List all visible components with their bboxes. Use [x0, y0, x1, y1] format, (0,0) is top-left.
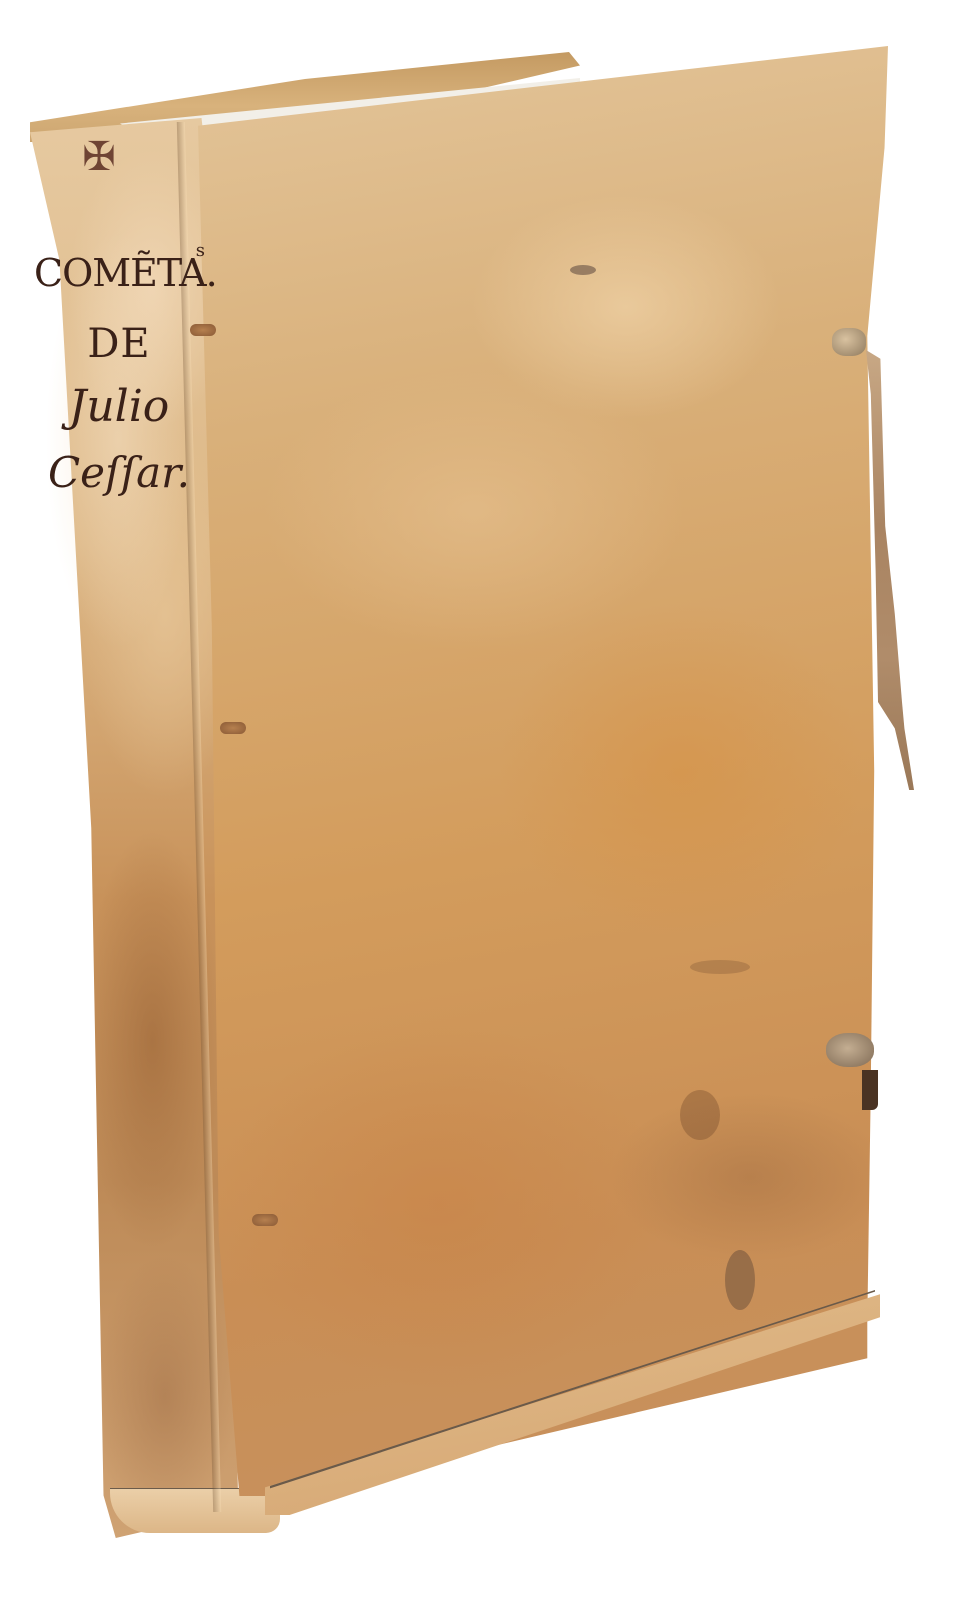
spine-title-line-1: COMẼTA. s [34, 250, 204, 296]
cover-stain [690, 960, 750, 974]
spine-cross-ornament: ✠ [74, 132, 124, 182]
spine-title-line-3: Julio [34, 374, 204, 440]
photo-scene: ✠ COMẼTA. s DE Julio Ceſſar. [0, 0, 964, 1600]
spine-title-superscript: s [196, 228, 204, 274]
cover-stain [680, 1090, 720, 1140]
tie-stub [826, 1033, 874, 1067]
cover-stain [725, 1250, 755, 1310]
tie-anchor [832, 328, 866, 356]
sewing-knot [220, 722, 246, 734]
spine-title-line-4: Ceſſar. [34, 440, 204, 506]
spine-title: COMẼTA. s DE Julio Ceſſar. [34, 250, 204, 506]
clasp-shadow [862, 1070, 878, 1110]
spine-title-line-2: DE [34, 314, 204, 374]
spine-title-text: COMẼTA. [34, 251, 217, 295]
front-cover [198, 46, 888, 1496]
cover-stain [570, 265, 596, 275]
sewing-knot [252, 1214, 278, 1226]
